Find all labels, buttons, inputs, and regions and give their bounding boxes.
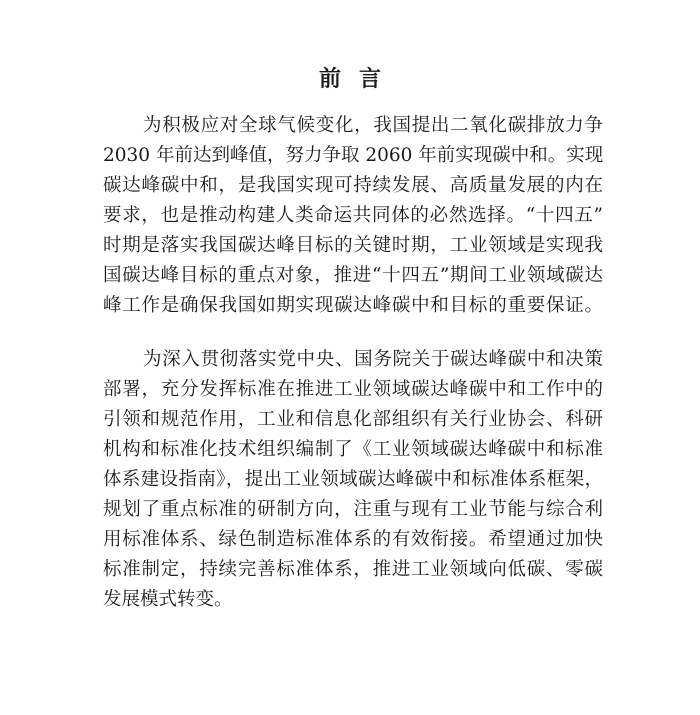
- paragraph-2-line-7: 用标准体系、绿色制造标准体系的有效衔接。希望通过加快: [103, 525, 603, 555]
- paragraph-1-line-5: 时期是落实我国碳达峰目标的关键时期，工业领域是实现我: [103, 231, 603, 261]
- paragraph-2-line-6: 规划了重点标准的研制方向，注重与现有工业节能与综合利: [103, 495, 603, 525]
- paragraph-2-line-1: 为深入贯彻落实党中央、国务院关于碳达峰碳中和决策: [143, 345, 603, 375]
- document-page: 前言 为积极应对全球气候变化，我国提出二氧化碳排放力争 2030 年前达到峰值，…: [0, 0, 700, 715]
- paragraph-1-line-2: 2030 年前达到峰值，努力争取 2060 年前实现碳中和。实现: [103, 141, 603, 171]
- paragraph-1-line-4: 要求，也是推动构建人类命运共同体的必然选择。“十四五”: [103, 201, 603, 231]
- paragraph-2-line-4: 机构和标准化技术组织编制了《工业领域碳达峰碳中和标准: [103, 435, 603, 465]
- paragraph-2-line-8: 标准制定，持续完善标准体系，推进工业领域向低碳、零碳: [103, 555, 603, 585]
- paragraph-1-line-1: 为积极应对全球气候变化，我国提出二氧化碳排放力争: [143, 111, 603, 141]
- paragraph-2-line-5: 体系建设指南》，提出工业领域碳达峰碳中和标准体系框架，: [103, 465, 603, 495]
- page-title: 前言: [0, 64, 700, 94]
- paragraph-1-line-3: 碳达峰碳中和，是我国实现可持续发展、高质量发展的内在: [103, 171, 603, 201]
- paragraph-1-line-6: 国碳达峰目标的重点对象，推进“十四五”期间工业领域碳达: [103, 261, 603, 291]
- paragraph-1-line-7: 峰工作是确保我国如期实现碳达峰碳中和目标的重要保证。: [103, 291, 603, 321]
- paragraph-2-line-2: 部署，充分发挥标准在推进工业领域碳达峰碳中和工作中的: [103, 375, 603, 405]
- paragraph-2-line-9: 发展模式转变。: [103, 585, 603, 615]
- paragraph-2-line-3: 引领和规范作用，工业和信息化部组织有关行业协会、科研: [103, 405, 603, 435]
